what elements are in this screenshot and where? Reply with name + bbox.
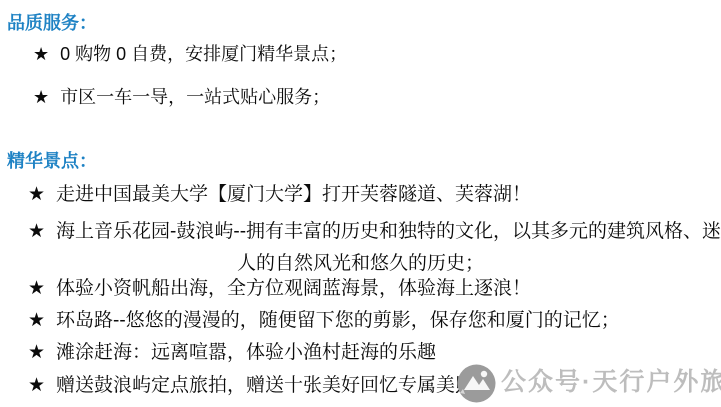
list-item-text: 体验小资帆船出海，全方位观阔蓝海景，体验海上逐浪！ [56, 278, 531, 299]
list-item: ★0 购物 0 自费，安排厦门精华景点； [33, 44, 347, 65]
list-item-text: 环岛路--悠悠的漫漫的，随便留下您的剪影，保存您和厦门的记忆； [56, 310, 620, 331]
watermark: 公众号·天行户外旅行 [456, 355, 721, 404]
star-bullet-icon: ★ [33, 44, 49, 65]
list-item-text: 市区一车一导，一站式贴心服务； [60, 87, 330, 107]
list-item-text: 赠送鼓浪屿定点旅拍，赠送十张美好回忆专属美照！ [56, 375, 493, 396]
star-bullet-icon: ★ [28, 221, 45, 242]
star-bullet-icon: ★ [28, 278, 45, 299]
star-bullet-icon: ★ [28, 342, 45, 363]
section-heading-quality-service: 品质服务： [7, 9, 97, 35]
star-bullet-icon: ★ [28, 184, 45, 205]
list-item-wrap-line: 人的自然风光和悠久的历史； [0, 248, 721, 275]
outdoor-travel-logo-icon [456, 363, 497, 404]
list-item: ★走进中国最美大学【厦门大学】打开芙蓉隧道、芙蓉湖！ [28, 184, 531, 205]
list-item: ★体验小资帆船出海，全方位观阔蓝海景，体验海上逐浪！ [28, 278, 531, 299]
list-item-text: 走进中国最美大学【厦门大学】打开芙蓉隧道、芙蓉湖！ [56, 184, 531, 205]
star-bullet-icon: ★ [33, 87, 49, 108]
list-item: ★市区一车一导，一站式贴心服务； [33, 87, 330, 108]
star-bullet-icon: ★ [28, 375, 45, 396]
section-heading-highlight-sights: 精华景点： [7, 147, 97, 173]
list-item: ★赠送鼓浪屿定点旅拍，赠送十张美好回忆专属美照！ [28, 375, 493, 396]
list-item: ★环岛路--悠悠的漫漫的，随便留下您的剪影，保存您和厦门的记忆； [28, 310, 620, 331]
promo-document: 品质服务： ★0 购物 0 自费，安排厦门精华景点； ★市区一车一导，一站式贴心… [0, 0, 721, 407]
list-item-text: 滩涂赶海：远离喧嚣，体验小渔村赶海的乐趣 [56, 342, 436, 363]
list-item: ★海上音乐花园-鼓浪屿--拥有丰富的历史和独特的文化，以其多元的建筑风格、迷 [28, 221, 721, 242]
list-item-text: 0 购物 0 自费，安排厦门精华景点； [60, 44, 347, 64]
list-item: ★滩涂赶海：远离喧嚣，体验小渔村赶海的乐趣 [28, 342, 436, 363]
watermark-text: 公众号·天行户外旅行 [501, 362, 721, 398]
list-item-text: 海上音乐花园-鼓浪屿--拥有丰富的历史和独特的文化，以其多元的建筑风格、迷 [56, 221, 721, 242]
star-bullet-icon: ★ [28, 310, 45, 331]
